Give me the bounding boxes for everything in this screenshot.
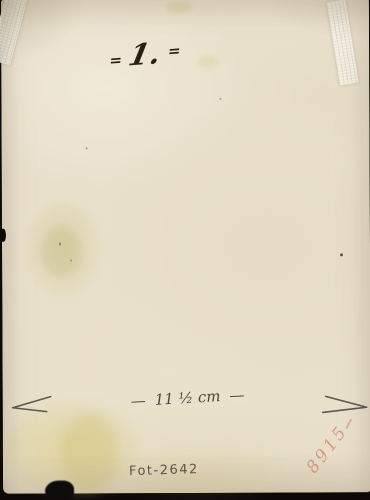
paper-speck [340,253,343,256]
photo-verso-paper: = 1. = — 11 ½ cm — Fot-2642 8915 [1,0,370,494]
paper-speck [70,259,72,261]
right-chevron-arrow-icon [321,392,370,416]
paper-speck [59,243,61,246]
measure-dash: — [130,391,146,410]
photo-backdrop: = 1. = — 11 ½ cm — Fot-2642 8915 [0,0,370,500]
left-chevron-arrow-icon [9,393,55,417]
measure-dash: — [229,386,245,405]
catalog-number: Fot-2642 [129,462,199,479]
tape-strip-top-right [326,0,358,85]
paper-speck [86,147,88,149]
paper-edge-notch [1,229,6,242]
stain-top-center [166,1,192,13]
measurement-value: 11 ½ cm [154,387,221,409]
width-measurement-label: — 11 ½ cm — [130,386,245,410]
stain-near-number [197,55,219,68]
red-inventory-number: 8915 [303,421,353,477]
equals-mark: = [167,41,181,60]
paper-speck [219,98,221,100]
equals-mark: = [109,51,123,70]
stain-bottom-left-core [61,413,119,491]
red-crayon-stroke [345,418,352,429]
stain-left-edge-core [40,225,82,277]
ink-blot [45,480,74,500]
handwritten-sequence-number: = 1. = [108,35,182,74]
tape-strip-top-left [0,0,29,65]
sequence-number-value: 1. [125,36,164,73]
